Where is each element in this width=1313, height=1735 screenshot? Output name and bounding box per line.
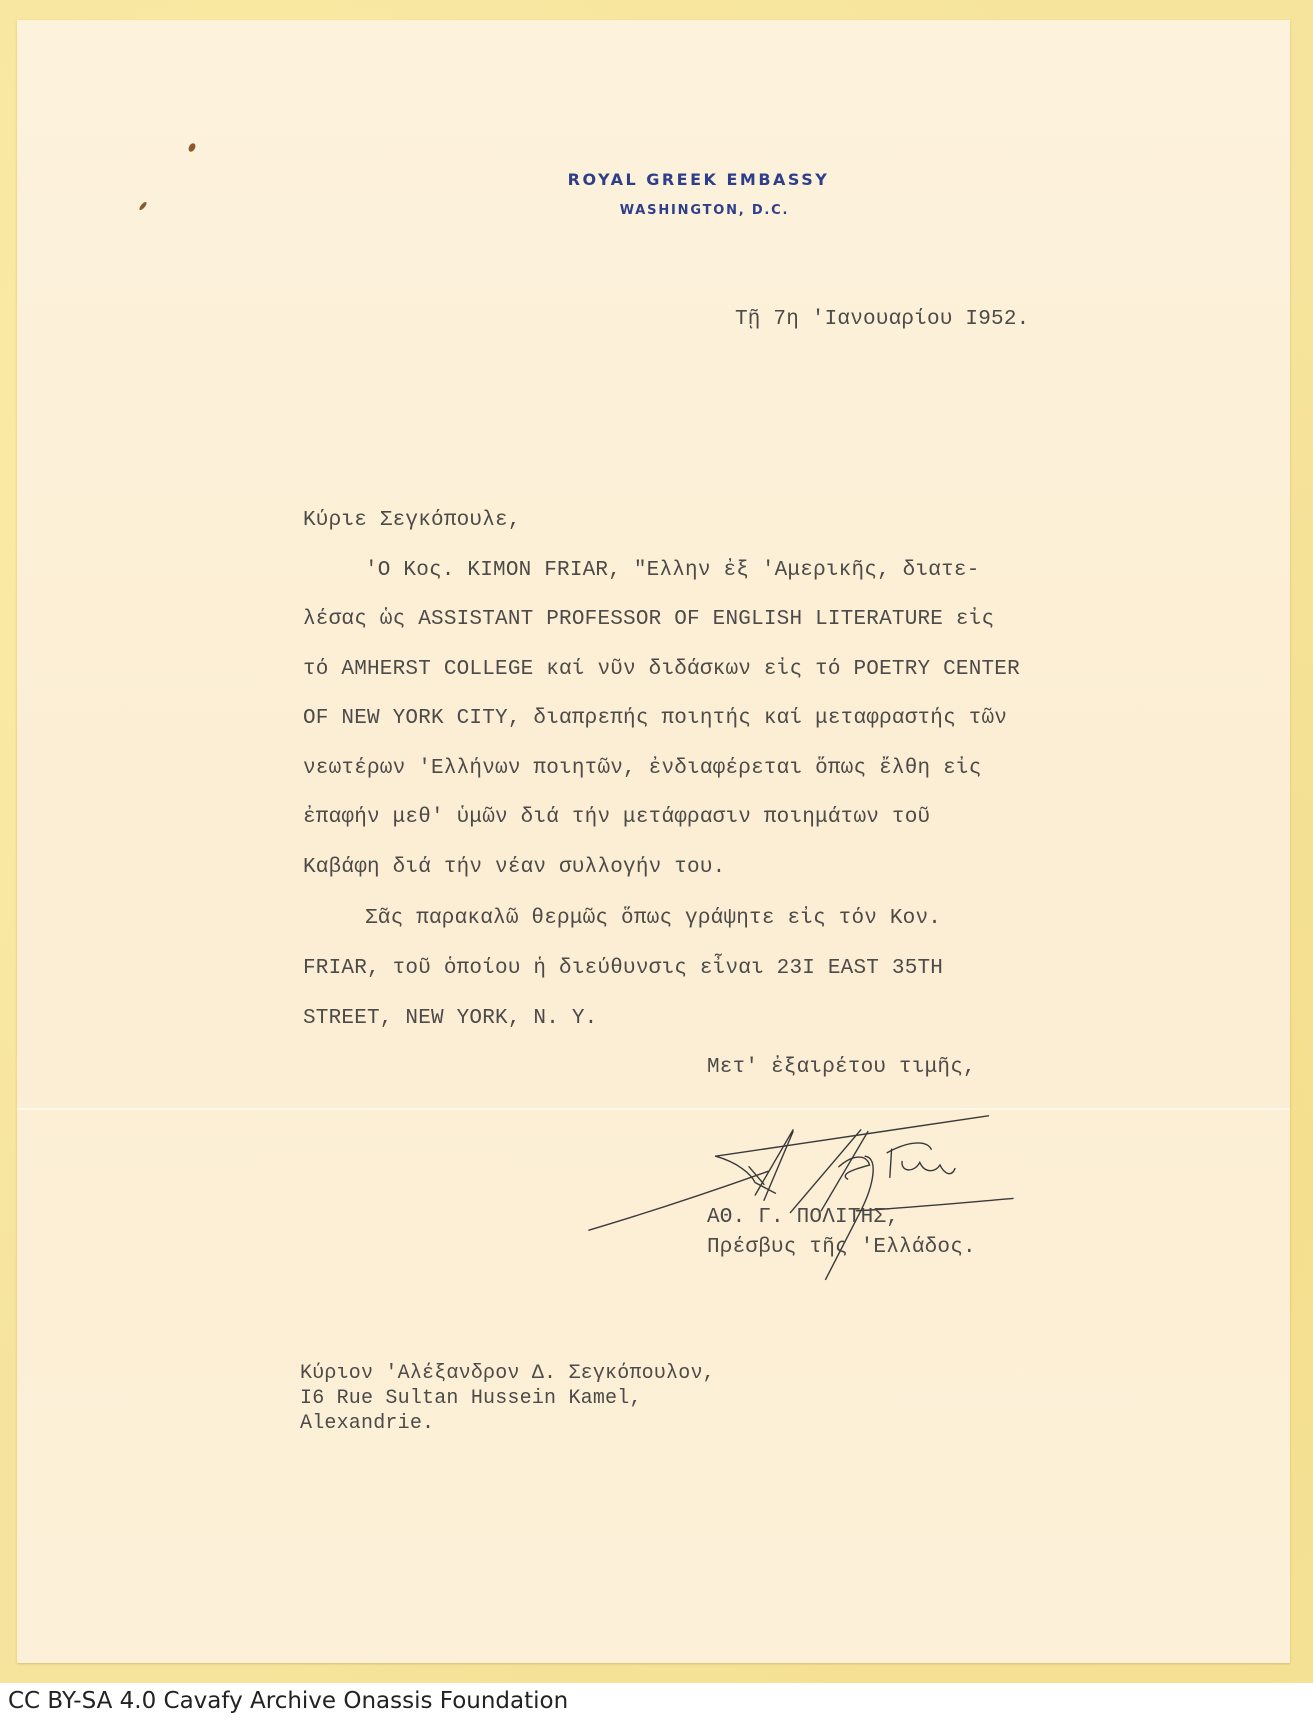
letter-date: Τῇ 7η 'Ιανουαρίου Ι952. xyxy=(735,308,1029,331)
body-line: STREET, NEW YORK, N. Y. xyxy=(303,1007,597,1030)
body-line: τό AMHERST COLLEGE καί νῦν διδάσκων εἰς … xyxy=(303,658,1020,681)
letter-sheet xyxy=(17,20,1290,1663)
body-line: OF NEW YORK CITY, διαπρεπής ποιητής καί … xyxy=(303,707,1007,730)
body-line: Καβάφη διά τήν νέαν συλλογήν του. xyxy=(303,856,725,879)
letterhead-title: ROYAL GREEK EMBASSY xyxy=(0,170,1313,189)
body-line: 'Ο Κος. KIMON FRIAR, "Ελλην ἐξ 'Αμερικῆς… xyxy=(365,559,980,582)
body-line: FRIAR, τοῦ ὁποίου ἡ διεύθυνσις εἶναι 23Ι… xyxy=(303,957,943,980)
body-line: νεωτέρων 'Ελλήνων ποιητῶν, ἐνδιαφέρεται … xyxy=(303,757,982,780)
body-line: λέσας ὡς ASSISTANT PROFESSOR OF ENGLISH … xyxy=(303,608,994,631)
letterhead-city: WASHINGTON, D.C. xyxy=(0,203,1313,218)
license-credit: CC BY-SA 4.0 Cavafy Archive Onassis Foun… xyxy=(8,1688,568,1714)
body-line: Σᾶς παρακαλῶ θερμῶς ὅπως γράψητε εἰς τόν… xyxy=(365,907,941,930)
ink-spot xyxy=(187,142,197,153)
body-line: ἐπαφήν μεθ' ὑμῶν διά τήν μετάφρασιν ποιη… xyxy=(303,806,930,829)
signatory-title: Πρέσβυς τῆς 'Ελλάδος. xyxy=(707,1236,976,1259)
recipient-line: Ι6 Rue Sultan Hussein Kamel, xyxy=(300,1387,642,1410)
signatory-name: ΑΘ. Γ. ΠΟΛΙΤΗΣ, xyxy=(707,1206,899,1229)
recipient-line: Κύριον 'Αλέξανδρον Δ. Σεγκόπουλον, xyxy=(300,1362,715,1385)
salutation: Κύριε Σεγκόπουλε, xyxy=(303,509,521,532)
recipient-line: Alexandrie. xyxy=(300,1412,434,1435)
